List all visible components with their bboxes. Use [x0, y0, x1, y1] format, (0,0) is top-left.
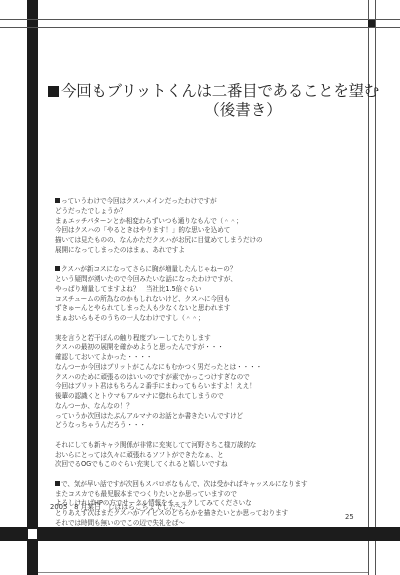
- text-line: なんつーか、なんなの！？: [55, 402, 367, 412]
- text-line: またコスカでも最児服本までつくりたいとか思っていますので: [55, 490, 367, 500]
- left-frame-bar: [27, 0, 38, 575]
- text-line: 描いては見たものの、なんかただクスハがお尻に目覚めてしまうだけの: [55, 236, 367, 246]
- text-line: なんつーか今回はブリットがこんなにもむかつく男だったとは・・・・: [55, 363, 367, 373]
- text-line: コスチュームの所為なのかもしれないけど、クスハに今回も: [55, 295, 367, 305]
- bottom-frame-line: [38, 572, 368, 573]
- corner-block: [368, 20, 375, 27]
- paragraph: っていうわけで今回はクスハメインだったわけですが どうだったでしょうか？ まぁエ…: [55, 197, 367, 256]
- corner-square: [28, 529, 37, 539]
- page-number: 25: [345, 513, 354, 521]
- paragraph: 実を言うと若干ぽんの触り程度プレーしてたりします クスハの最初の展開を確かめよう…: [55, 334, 367, 432]
- title-text: 今回もブリットくんは二番目であることを望む: [61, 82, 379, 100]
- signature: 2005 8 月某日 しばはらごちょでした～♪: [50, 501, 187, 511]
- title-main: 今回もブリットくんは二番目であることを望む: [48, 82, 366, 101]
- page-title: 今回もブリットくんは二番目であることを望む （後書き）: [48, 82, 366, 120]
- text-line: 確認しておいてよかった・・・・: [55, 353, 367, 363]
- top-frame-line-inner: [0, 27, 400, 28]
- text-line: どうだったでしょうか？: [55, 207, 367, 217]
- text-line: どうなっちゃうんだろう・・・: [55, 421, 367, 431]
- text-line: クスハが新コスになってさらに胸が増量したんじゃねーの？: [55, 265, 367, 275]
- text-line: 今回はクスハの「やるときはやります！」的な思いを込めて: [55, 226, 367, 236]
- text-line: まぁおいらもそのうちの一人なわけですし（＾＾；: [55, 314, 367, 324]
- text-line: 後輩の認識くとトウマもアルマナに惚れられてしまうので: [55, 392, 367, 402]
- square-bullet-icon: [55, 481, 60, 486]
- top-frame-line: [0, 19, 400, 20]
- paragraph: それにしても新キャラ関係が非常に充実してて河野さちこ様万歳的な おいらにとっては…: [55, 441, 367, 470]
- text-line: っていうか次回はたぶんアルマナのお話とか書きたいんですけど: [55, 412, 367, 422]
- text-line: やっぱり増量してますよね？ 当社比1.5倍ぐらい: [55, 285, 367, 295]
- text-line: クスハのために頑張るのはいいのですが素でかっこつけすぎなので: [55, 373, 367, 383]
- text-line: おいらにとっては久々に頑張れるソフトができたなぁ、と: [55, 451, 367, 461]
- text-line: という疑問が湧いたので今回みたいな話になったわけですが、: [55, 275, 367, 285]
- square-bullet-icon: [48, 86, 59, 97]
- text-line: 実を言うと若干ぽんの触り程度プレーしてたりします: [55, 334, 367, 344]
- paragraph: クスハが新コスになってさらに胸が増量したんじゃねーの？ という疑問が湧いたので今…: [55, 265, 367, 324]
- afterword-body: っていうわけで今回はクスハメインだったわけですが どうだったでしょうか？ まぁエ…: [55, 197, 367, 538]
- text-line: っていうわけで今回はクスハメインだったわけですが: [55, 197, 367, 207]
- text-line: ずきゅーんとやられてしまった人も少なくないと思われます: [55, 304, 367, 314]
- text-line: まぁエッチパターンとか相変わらずいつも通りなもんで（＾＾；: [55, 217, 367, 227]
- text-line: それでは時間も無いのでこの辺で失礼をば～: [55, 519, 367, 529]
- text-line: 今回はブリット君はもちろん２番手にまわってもらいますよ！ええ！: [55, 382, 367, 392]
- text-line: で、気が早い話ですが次回もスパロボなもんで、次は受かればキャッスルになります: [55, 480, 367, 490]
- text-line: 展開になってしまったのはまぁ、あれですよ: [55, 246, 367, 256]
- text-line: クスハの最初の展開を確かめようと思ったんですが・・・: [55, 343, 367, 353]
- text-line: それにしても新キャラ関係が非常に充実してて河野さちこ様万歳的な: [55, 441, 367, 451]
- text-line: 次回でるOGでもこのぐらい充実してくれると嬉しいですね: [55, 460, 367, 470]
- square-bullet-icon: [55, 266, 60, 271]
- title-subtitle: （後書き）: [48, 101, 366, 120]
- square-bullet-icon: [55, 198, 60, 203]
